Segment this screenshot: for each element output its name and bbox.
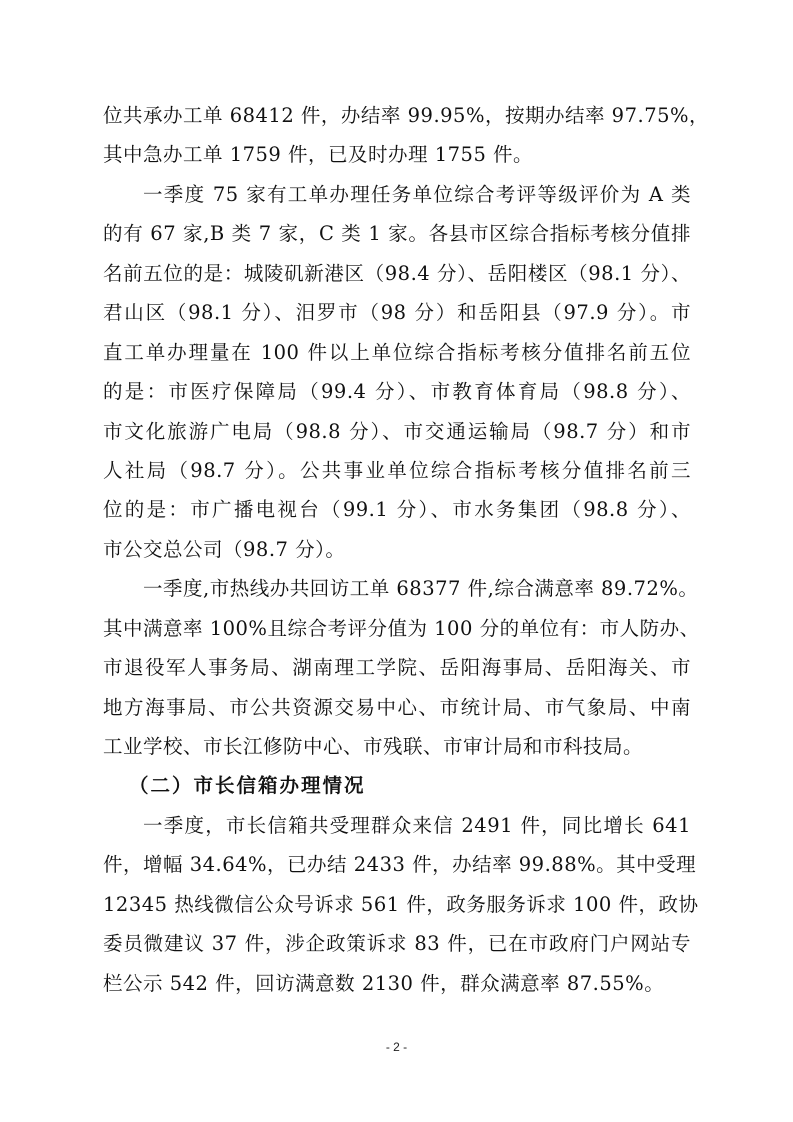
text-line: 12345 热线微信公众号诉求 561 件，政务服务诉求 100 件，政协 [103, 885, 691, 924]
text-line: 市公交总公司（98.7 分）。 [103, 530, 691, 569]
text-line: 工业学校、市长江修防中心、市残联、市审计局和市科技局。 [103, 727, 691, 766]
paragraph-work-orders: 位共承办工单 68412 件，办结率 99.95%，按期办结率 97.75%， … [103, 96, 691, 175]
text-line: 名前五位的是：城陵矶新港区（98.4 分）、岳阳楼区（98.1 分）、 [103, 254, 691, 293]
text-line: 君山区（98.1 分）、汨罗市（98 分）和岳阳县（97.9 分）。市 [103, 293, 691, 332]
text-line: 委员微建议 37 件，涉企政策诉求 83 件，已在市政府门户网站专 [103, 924, 691, 963]
page-number: - 2 - [0, 1040, 793, 1054]
text-line: 栏公示 542 件，回访满意数 2130 件，群众满意率 87.55%。 [103, 964, 691, 1003]
text-line: 的是：市医疗保障局（99.4 分）、市教育体育局（98.8 分）、 [103, 372, 691, 411]
text-line: 一季度,市热线办共回访工单 68377 件,综合满意率 89.72%。 [103, 569, 691, 608]
text-line: 人社局（98.7 分）。公共事业单位综合指标考核分值排名前三 [103, 451, 691, 490]
paragraph-mayor-mailbox: 一季度，市长信箱共受理群众来信 2491 件，同比增长 641 件，增幅 34.… [103, 806, 691, 1003]
paragraph-satisfaction: 一季度,市热线办共回访工单 68377 件,综合满意率 89.72%。 其中满意… [103, 569, 691, 766]
paragraph-evaluation-rankings: 一季度 75 家有工单办理任务单位综合考评等级评价为 A 类 的有 67 家,B… [103, 175, 691, 569]
text-line: 其中满意率 100%且综合考评分值为 100 分的单位有：市人防办、 [103, 609, 691, 648]
text-line: 市退役军人事务局、湖南理工学院、岳阳海事局、岳阳海关、市 [103, 648, 691, 687]
text-line: 其中急办工单 1759 件，已及时办理 1755 件。 [103, 135, 691, 174]
text-line: 市文化旅游广电局（98.8 分）、市交通运输局（98.7 分）和市 [103, 412, 691, 451]
document-page: 位共承办工单 68412 件，办结率 99.95%，按期办结率 97.75%， … [103, 96, 691, 1003]
text-line: 一季度，市长信箱共受理群众来信 2491 件，同比增长 641 [103, 806, 691, 845]
text-line: 一季度 75 家有工单办理任务单位综合考评等级评价为 A 类 [103, 175, 691, 214]
text-line: 直工单办理量在 100 件以上单位综合指标考核分值排名前五位 [103, 333, 691, 372]
text-line: 位共承办工单 68412 件，办结率 99.95%，按期办结率 97.75%， [103, 96, 691, 135]
text-line: 地方海事局、市公共资源交易中心、市统计局、市气象局、中南 [103, 688, 691, 727]
text-line: 件，增幅 34.64%，已办结 2433 件，办结率 99.88%。其中受理 [103, 845, 691, 884]
section-heading: （二）市长信箱办理情况 [103, 766, 691, 805]
text-line: 的有 67 家,B 类 7 家，C 类 1 家。各县市区综合指标考核分值排 [103, 214, 691, 253]
text-line: 位的是：市广播电视台（99.1 分）、市水务集团（98.8 分）、 [103, 490, 691, 529]
